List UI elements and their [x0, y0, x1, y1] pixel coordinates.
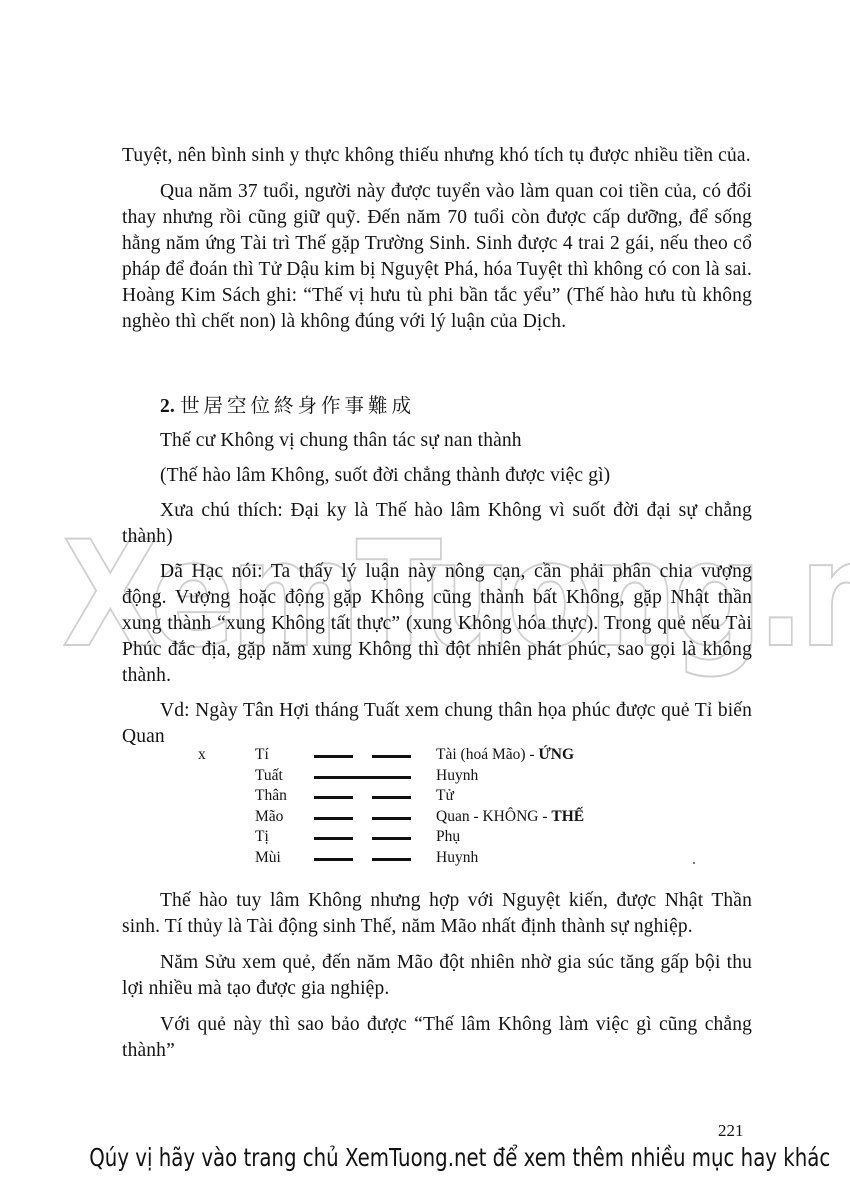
section-heading: 2. 世居空位終身作事難成: [122, 393, 752, 420]
section-title-han: 世居空位終身作事難成: [180, 394, 415, 417]
site-link[interactable]: XemTuong.net: [345, 1143, 486, 1172]
hexagram-row: x Tí Tài (hoá Mão) - ỨNG: [198, 746, 628, 767]
line-relation: Tài (hoá Mão) - ỨNG: [436, 746, 574, 764]
paragraph: Dã Hạc nói: Ta thấy lý luận này nông cạn…: [122, 559, 752, 689]
section-transliteration: Thế cư Không vị chung thân tác sự nan th…: [122, 428, 752, 454]
yin-line-icon: [314, 858, 411, 861]
footer-prefix: Qúy vị hãy vào trang chủ: [89, 1143, 345, 1172]
hexagram-row: Mão Quan - KHÔNG - THẾ: [198, 808, 628, 829]
hexagram-row: Tị Phụ: [198, 828, 628, 849]
hexagram-chart: x Tí Tài (hoá Mão) - ỨNG Tuất Huynh Thân…: [198, 746, 628, 869]
yang-line-icon: [314, 776, 411, 779]
paragraph: Qua năm 37 tuổi, người này được tuyển và…: [122, 179, 752, 335]
scan-speck: [693, 862, 695, 864]
scan-speck: [583, 1019, 585, 1021]
opening-text: Tuyệt, nên bình sinh y thực không thiếu …: [122, 143, 752, 335]
yin-line-icon: [314, 817, 411, 820]
closing-text: Thế hào tuy lâm Không nhưng hợp với Nguy…: [122, 888, 752, 1064]
line-relation: Huynh: [436, 767, 478, 785]
earthly-branch: Mão: [255, 808, 283, 826]
section-translation: (Thế hào lâm Không, suốt đời chẳng thành…: [122, 463, 752, 489]
hexagram-row: Tuất Huynh: [198, 767, 628, 788]
paragraph: Năm Sửu xem quẻ, đến năm Mão đột nhiên n…: [122, 950, 752, 1002]
hexagram-row: Thân Tử: [198, 787, 628, 808]
footer-suffix: để xem thêm nhiều mục hay khác: [486, 1143, 830, 1172]
hexagram-row: Mùi Huynh: [198, 849, 628, 870]
earthly-branch: Tuất: [255, 767, 283, 785]
yin-line-icon: [314, 755, 411, 758]
line-relation: Huynh: [436, 849, 478, 867]
yin-line-icon: [314, 796, 411, 799]
paragraph: Tuyệt, nên bình sinh y thực không thiếu …: [122, 143, 752, 169]
line-relation: Phụ: [436, 828, 460, 846]
book-page: XemTuong.net Tuyệt, nên bình sinh y thực…: [0, 0, 850, 1182]
paragraph: Thế hào tuy lâm Không nhưng hợp với Nguy…: [122, 888, 752, 940]
line-relation: Tử: [436, 787, 454, 805]
paragraph: Với quẻ này thì sao bảo được “Thế lâm Kh…: [122, 1012, 752, 1064]
footer-banner: Qúy vị hãy vào trang chủ XemTuong.net để…: [89, 1138, 761, 1178]
earthly-branch: Mùi: [255, 849, 281, 867]
yin-line-icon: [314, 837, 411, 840]
line-relation: Quan - KHÔNG - THẾ: [436, 808, 584, 826]
section-2: 2. 世居空位終身作事難成 Thế cư Không vị chung thân…: [122, 393, 752, 750]
moving-line-mark: x: [198, 746, 206, 764]
section-number: 2.: [160, 396, 175, 417]
example-intro: Vd: Ngày Tân Hợi tháng Tuất xem chung th…: [122, 698, 752, 750]
earthly-branch: Tí: [255, 746, 269, 764]
paragraph: Xưa chú thích: Đại ky là Thế hào lâm Khô…: [122, 498, 752, 550]
earthly-branch: Thân: [255, 787, 287, 805]
earthly-branch: Tị: [255, 828, 269, 846]
